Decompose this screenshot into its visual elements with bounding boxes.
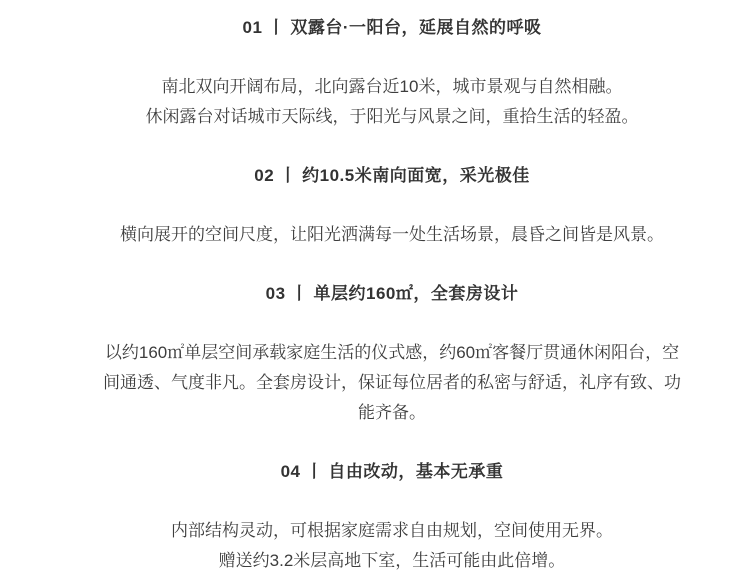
section-04: 04 丨 自由改动，基本无承重 内部结构灵动，可根据家庭需求自由规划，空间使用无… [78,460,706,576]
paragraph-line: 以约160㎡单层空间承载家庭生活的仪式感，约60㎡客餐厅贯通休闲阳台，空 [78,338,706,368]
section-02-heading: 02 丨 约10.5米南向面宽，采光极佳 [78,164,706,188]
section-02: 02 丨 约10.5米南向面宽，采光极佳 横向展开的空间尺度，让阳光洒满每一处生… [78,164,706,250]
section-02-body: 横向展开的空间尺度，让阳光洒满每一处生活场景，晨昏之间皆是风景。 [78,220,706,250]
section-04-heading: 04 丨 自由改动，基本无承重 [78,460,706,484]
paragraph-line: 内部结构灵动，可根据家庭需求自由规划，空间使用无界。 [78,516,706,546]
section-03-heading: 03 丨 单层约160㎡，全套房设计 [78,282,706,306]
section-01-body: 南北双向开阔布局，北向露台近10米，城市景观与自然相融。 休闲露台对话城市天际线… [78,72,706,132]
paragraph-line: 休闲露台对话城市天际线，于阳光与风景之间，重拾生活的轻盈。 [78,102,706,132]
section-04-body: 内部结构灵动，可根据家庭需求自由规划，空间使用无界。 赠送约3.2米层高地下室，… [78,516,706,576]
section-01: 01 丨 双露台·一阳台，延展自然的呼吸 南北双向开阔布局，北向露台近10米，城… [78,16,706,132]
section-03: 03 丨 单层约160㎡，全套房设计 以约160㎡单层空间承载家庭生活的仪式感，… [78,282,706,428]
paragraph-line: 赠送约3.2米层高地下室，生活可能由此倍增。 [78,546,706,576]
paragraph-line: 南北双向开阔布局，北向露台近10米，城市景观与自然相融。 [78,72,706,102]
paragraph-line: 间通透、气度非凡。全套房设计，保证每位居者的私密与舒适，礼序有致、功 [78,368,706,398]
section-01-heading: 01 丨 双露台·一阳台，延展自然的呼吸 [78,16,706,40]
paragraph-line: 横向展开的空间尺度，让阳光洒满每一处生活场景，晨昏之间皆是风景。 [78,220,706,250]
paragraph-line: 能齐备。 [78,398,706,428]
section-03-body: 以约160㎡单层空间承载家庭生活的仪式感，约60㎡客餐厅贯通休闲阳台，空 间通透… [78,338,706,428]
article-page: 01 丨 双露台·一阳台，延展自然的呼吸 南北双向开阔布局，北向露台近10米，城… [0,0,740,577]
